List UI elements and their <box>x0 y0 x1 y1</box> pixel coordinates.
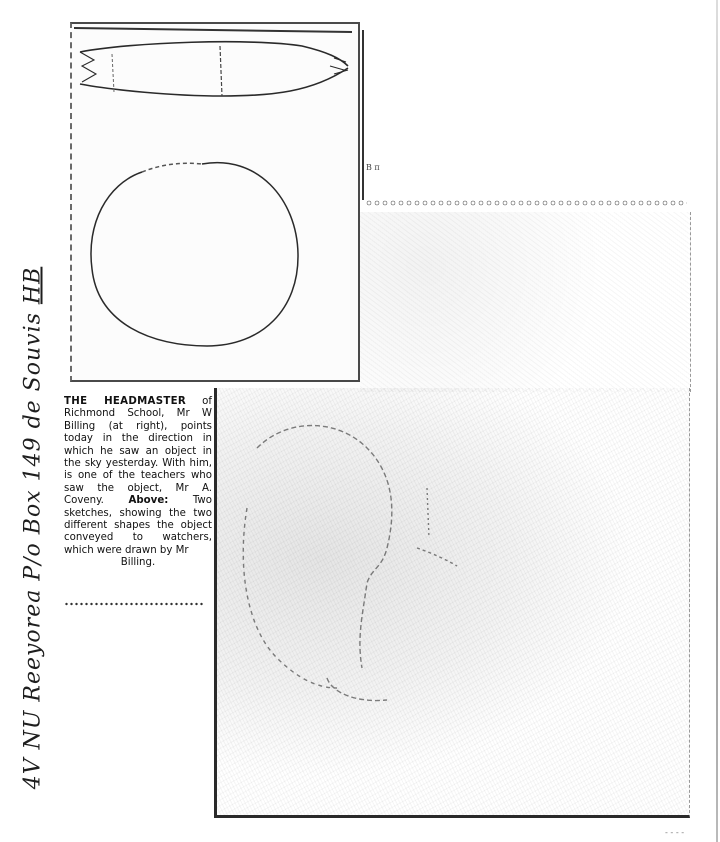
photo-men-pointing <box>214 388 690 818</box>
dotted-divider <box>365 199 687 207</box>
caption-above-label: Above: <box>129 495 169 506</box>
photo-upper-region <box>360 212 691 392</box>
panel-rule <box>362 30 364 200</box>
handwritten-initials: HB <box>21 267 46 304</box>
caption-lead: THE HEADMASTER <box>64 396 186 407</box>
photo-caption: THE HEADMASTER of Richmond School, Mr W … <box>64 396 212 570</box>
caption-divider <box>64 602 204 606</box>
circle-sketch <box>91 163 298 346</box>
photo-figures <box>217 388 693 818</box>
handwritten-annotation: 4V NU Reeyorea P/o Box 149 de Souvis HB <box>21 267 46 790</box>
caption-last-line: Billing. <box>64 557 212 569</box>
object-sketches <box>72 24 362 384</box>
caption-body-1: of Richmond School, Mr W Billing (at rig… <box>64 396 212 506</box>
page-edge <box>716 0 718 842</box>
panel-mark: B π <box>366 164 380 172</box>
cigar-sketch <box>80 42 348 96</box>
handwritten-text: 4V NU Reeyorea P/o Box 149 de Souvis <box>21 312 46 789</box>
footer-dots: - - - - <box>665 828 684 837</box>
sketches-panel <box>70 22 360 382</box>
